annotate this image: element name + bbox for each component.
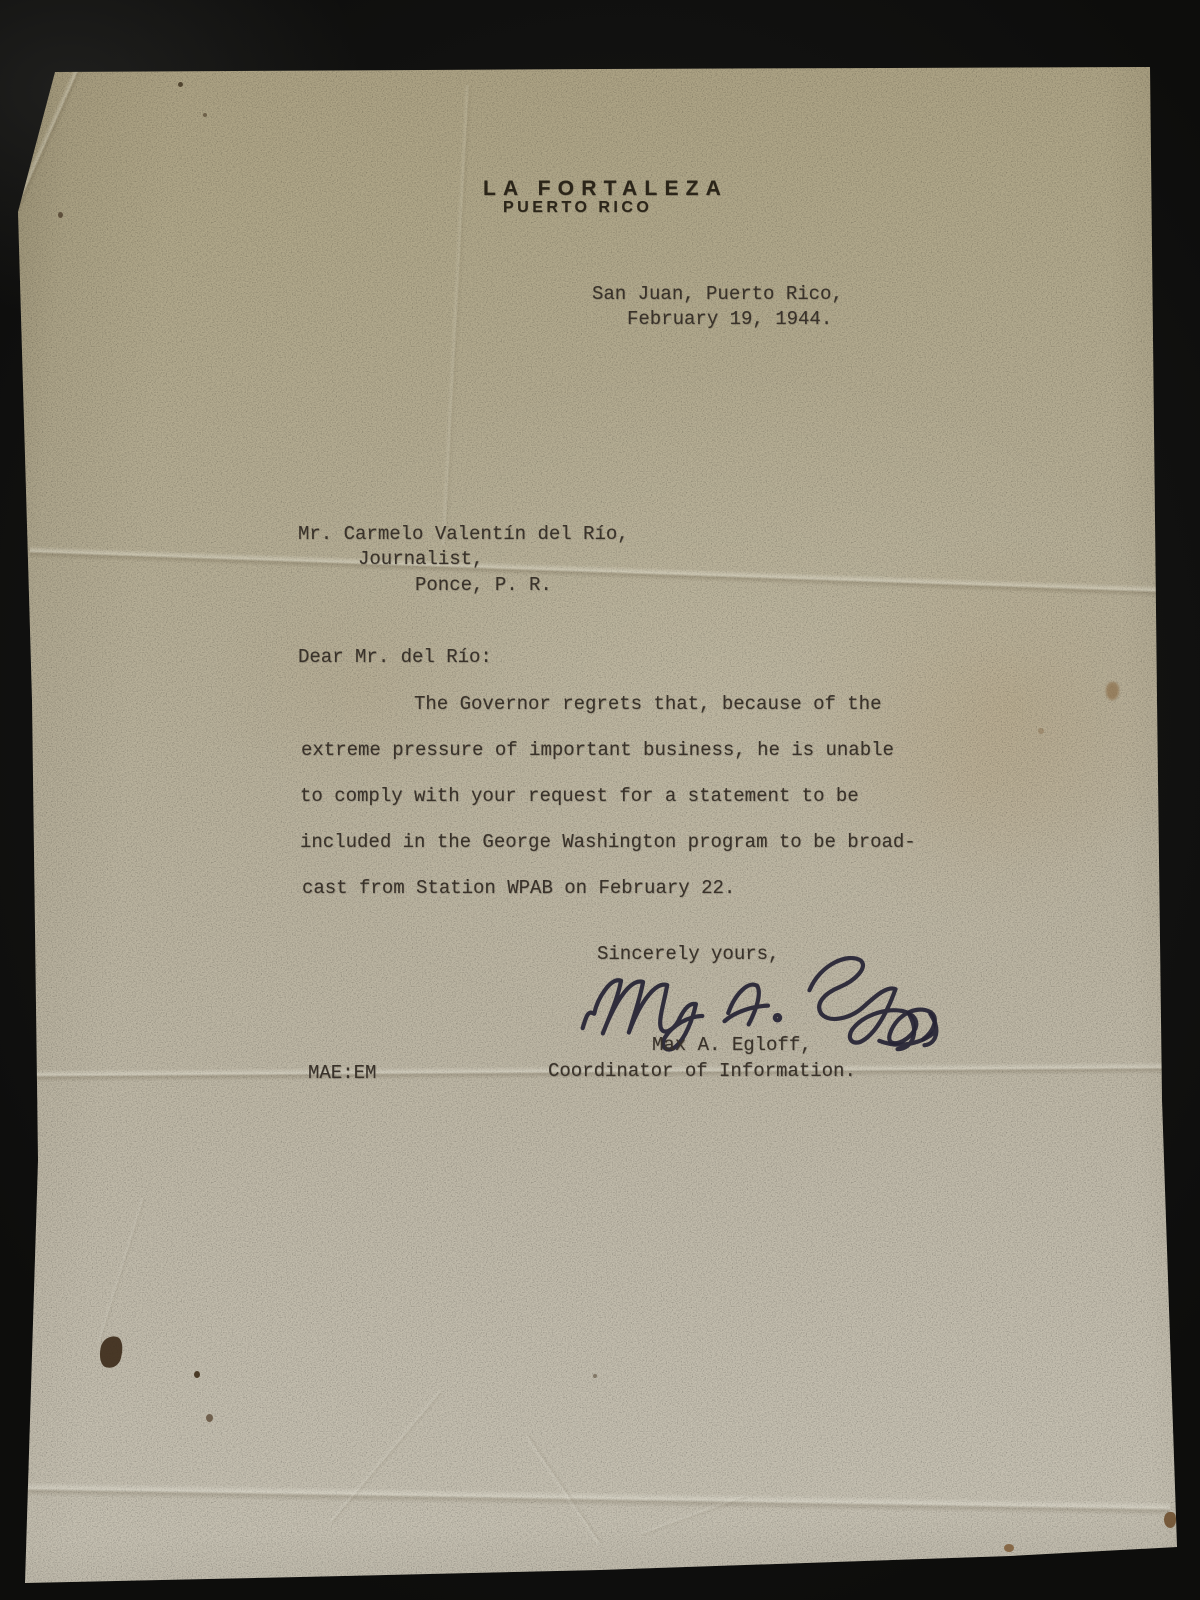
typist-initials: MAE:EM xyxy=(308,1062,376,1085)
stain-spot xyxy=(1004,1544,1014,1552)
stain-spot xyxy=(203,113,207,117)
stain-spot xyxy=(1038,728,1044,734)
recipient-name: Mr. Carmelo Valentín del Río, xyxy=(298,523,629,546)
stain-spot xyxy=(1106,682,1119,700)
dateline-place: San Juan, Puerto Rico, xyxy=(592,283,843,306)
body-line: to comply with your request for a statem… xyxy=(300,785,859,808)
letterhead-subtitle: PUERTO RICO xyxy=(503,199,652,217)
recipient-location: Ponce, P. R. xyxy=(415,574,552,597)
stain-spot xyxy=(97,1334,125,1370)
crumple-crease xyxy=(641,1492,747,1537)
body-line: extreme pressure of important business, … xyxy=(301,739,894,762)
stain-spot xyxy=(58,212,63,218)
crumple-crease xyxy=(524,1434,603,1546)
signer-title: Coordinator of Information. xyxy=(548,1060,856,1083)
corner-fold-crease xyxy=(0,66,84,306)
stain-spot xyxy=(194,1371,200,1378)
stain-spot xyxy=(593,1374,597,1378)
signer-name: Max A. Egloff, xyxy=(652,1034,812,1057)
stain-spot xyxy=(178,82,183,87)
letter-paper: LA FORTALEZA PUERTO RICO San Juan, Puert… xyxy=(0,0,1200,1600)
body-line: cast from Station WPAB on February 22. xyxy=(302,877,735,900)
stain-spot xyxy=(206,1414,213,1422)
dateline-date: February 19, 1944. xyxy=(627,308,832,331)
recipient-title: Journalist, xyxy=(358,548,483,571)
upper-fold-crease xyxy=(30,546,1162,597)
crumple-crease xyxy=(96,1197,147,1342)
crumple-crease xyxy=(328,1389,443,1524)
stain-spot xyxy=(1164,1512,1176,1528)
bottom-fold-crease xyxy=(20,1482,1170,1516)
body-line: included in the George Washington progra… xyxy=(300,831,916,854)
vertical-crease xyxy=(440,85,473,545)
body-line: The Governor regrets that, because of th… xyxy=(414,693,881,716)
letterhead-title: LA FORTALEZA xyxy=(483,177,728,201)
salutation: Dear Mr. del Río: xyxy=(298,646,492,669)
